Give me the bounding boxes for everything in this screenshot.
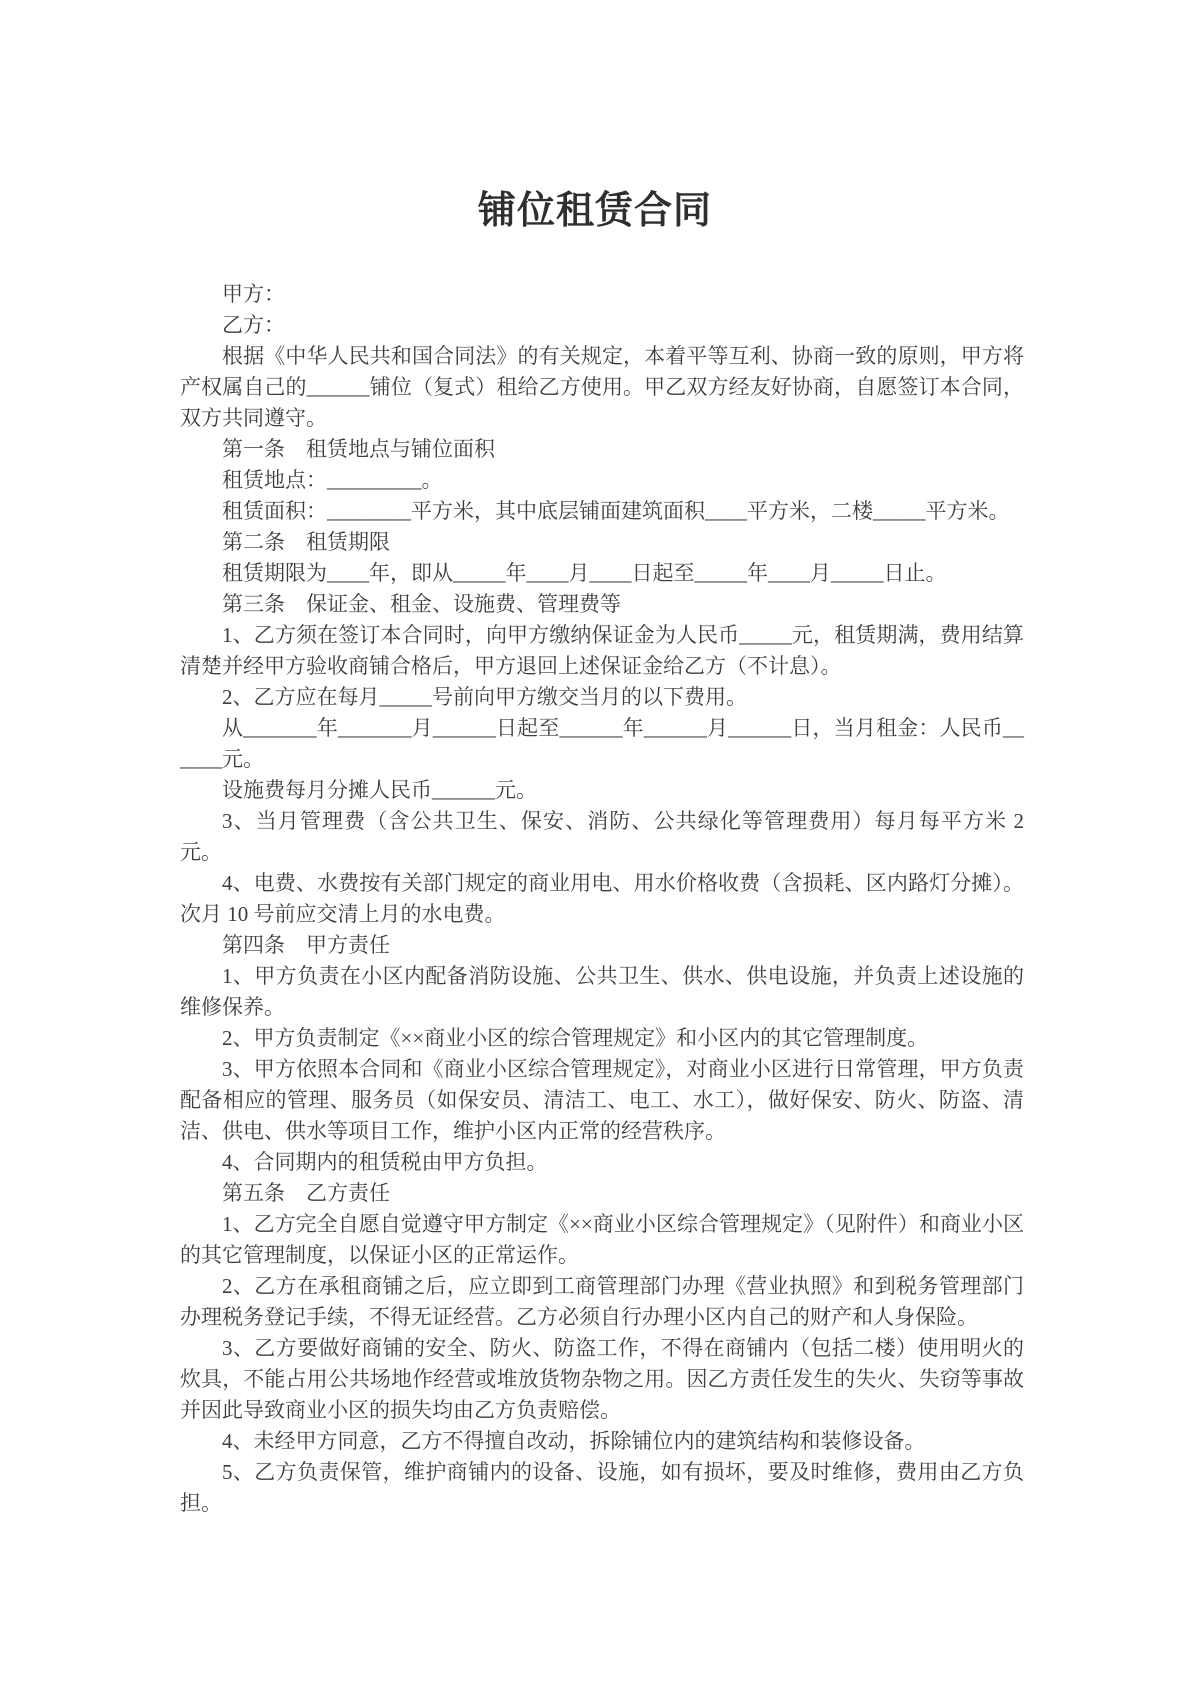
clause-5-item-3: 3、乙方要做好商铺的安全、防火、防盗工作，不得在商铺内（包括二楼）使用明火的炊具… bbox=[180, 1333, 1024, 1426]
clause-3-rent-line: 从_______年_______月______日起至______年______月… bbox=[180, 713, 1024, 775]
clause-3-facility-fee-line: 设施费每月分摊人民币______元。 bbox=[180, 775, 1024, 806]
clause-1-heading: 第一条 租赁地点与铺位面积 bbox=[180, 434, 1024, 465]
clause-3-item-3: 3、当月管理费（含公共卫生、保安、消防、公共绿化等管理费用）每月每平方米 2 元… bbox=[180, 806, 1024, 868]
clause-3-item-4: 4、电费、水费按有关部门规定的商业用电、用水价格收费（含损耗、区内路灯分摊）。次… bbox=[180, 868, 1024, 930]
clause-3-item-2: 2、乙方应在每月_____号前向甲方缴交当月的以下费用。 bbox=[180, 682, 1024, 713]
preamble-paragraph: 根据《中华人民共和国合同法》的有关规定，本着平等互利、协商一致的原则，甲方将产权… bbox=[180, 341, 1024, 434]
clause-4-item-4: 4、合同期内的租赁税由甲方负担。 bbox=[180, 1147, 1024, 1178]
clause-3-heading: 第三条 保证金、租金、设施费、管理费等 bbox=[180, 589, 1024, 620]
document-body: 甲方： 乙方： 根据《中华人民共和国合同法》的有关规定，本着平等互利、协商一致的… bbox=[180, 279, 1024, 1519]
clause-4-item-3: 3、甲方依照本合同和《商业小区综合管理规定》，对商业小区进行日常管理，甲方负责配… bbox=[180, 1054, 1024, 1147]
clause-5-item-1: 1、乙方完全自愿自觉遵守甲方制定《××商业小区综合管理规定》（见附件）和商业小区… bbox=[180, 1209, 1024, 1271]
clause-5-item-4: 4、未经甲方同意，乙方不得擅自改动，拆除铺位内的建筑结构和装修设备。 bbox=[180, 1426, 1024, 1457]
clause-4-item-1: 1、甲方负责在小区内配备消防设施、公共卫生、供水、供电设施，并负责上述设施的维修… bbox=[180, 961, 1024, 1023]
document-title: 铺位租赁合同 bbox=[0, 189, 1190, 233]
clause-4-heading: 第四条 甲方责任 bbox=[180, 930, 1024, 961]
party-b-line: 乙方： bbox=[180, 310, 1024, 341]
clause-2-heading: 第二条 租赁期限 bbox=[180, 527, 1024, 558]
clause-1-location-line: 租赁地点：_________。 bbox=[180, 465, 1024, 496]
clause-2-term-line: 租赁期限为____年，即从_____年____月____日起至_____年___… bbox=[180, 558, 1024, 589]
clause-5-item-5: 5、乙方负责保管，维护商铺内的设备、设施，如有损坏，要及时维修，费用由乙方负担。 bbox=[180, 1457, 1024, 1519]
clause-3-item-1: 1、乙方须在签订本合同时，向甲方缴纳保证金为人民币_____元，租赁期满，费用结… bbox=[180, 620, 1024, 682]
party-a-line: 甲方： bbox=[180, 279, 1024, 310]
clause-1-area-line: 租赁面积：________平方米，其中底层铺面建筑面积____平方米，二楼___… bbox=[180, 496, 1024, 527]
clause-4-item-2: 2、甲方负责制定《××商业小区的综合管理规定》和小区内的其它管理制度。 bbox=[180, 1023, 1024, 1054]
clause-5-heading: 第五条 乙方责任 bbox=[180, 1178, 1024, 1209]
contract-page: 铺位租赁合同 甲方： 乙方： 根据《中华人民共和国合同法》的有关规定，本着平等互… bbox=[0, 0, 1190, 1683]
clause-5-item-2: 2、乙方在承租商铺之后，应立即到工商管理部门办理《营业执照》和到税务管理部门办理… bbox=[180, 1271, 1024, 1333]
